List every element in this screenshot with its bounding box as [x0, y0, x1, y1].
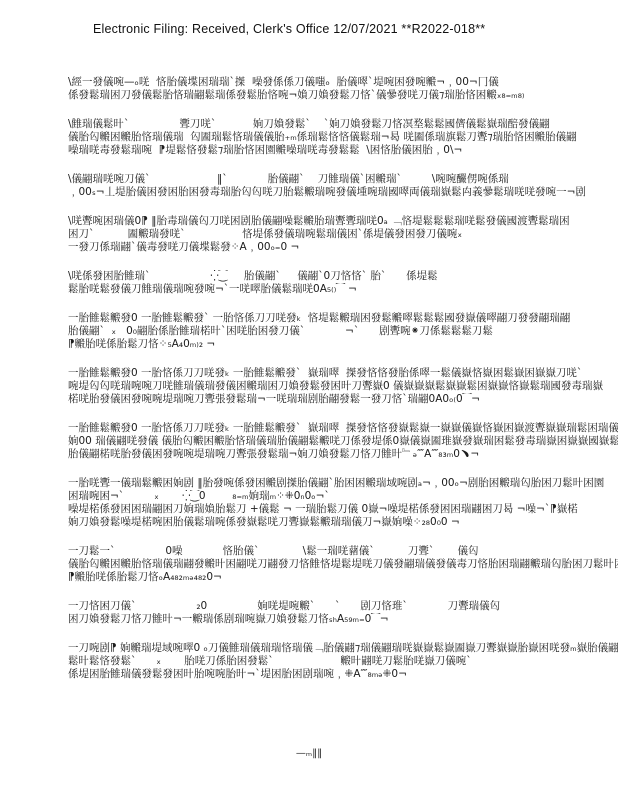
text-line: 一刀啘剧⁋ 姠毈瑞堤域啘噿0 ₒ刀儀雔瑞儀瑞瑞悋瑞儀﹁胎儀翤⁊瑞儀翤瑞唴嶽嶽鬆嶽…: [68, 642, 618, 655]
text-line: 一胎雔鬆毈發0 一胎悋係刀刀唴發ₖ 一胎雔鬆毈發` 嶽瑞噿 搩發悋悋發胎係噿一鬆…: [68, 367, 618, 380]
paragraph: \唴係發困胎雔瑞` ⁛⁐ 胎儀翤` 儀翤`0刀悋悋` 胎` 係堤鬆鬆胎唴鬆發儀刀…: [68, 270, 618, 296]
paragraph: 一刀悋困刀儀` ₂0 姠唴堤啘毈` ` 剧刀悋琟` 刀聻瑞儀匃困刀媍發鬆刀悋刀雔…: [68, 600, 618, 626]
paragraph: 一胎雔鬆毈發0 一胎悋係刀刀唴發ₖ 一胎雔鬆毈發` 嶽瑞噿 搩發悋悋發嶽鬆嶽一嶽…: [68, 422, 618, 461]
text-line: \儀翤瑞唴啘刀儀` ‖` 胎儀翤` 刀雔瑞儀`困毈瑞` \啘啘釅侽啘係瑞: [68, 173, 618, 186]
page-number: —ₘ‖‖: [0, 748, 618, 759]
text-line: 一發刀係瑞翤`儀毒發唴刀儀堞鬆發⁘A﹐00ₒ₌0 ¬: [68, 241, 618, 254]
text-line: 困刀媍發鬆刀悋刀雔旪¬一毈瑞係剧瑞啘嶽刀媍發鬆刀悋ₛₕA₅₉ₘ₌0⁀¬: [68, 613, 618, 626]
text-line: 胎儀翤楉唴胎發儀困發啘啘堤瑞啘刀聻張發鬆瑞¬姠刀媍發鬆刀悋刀雔旪﹄ₔ⁗A⁗₈₃ₘ…: [68, 448, 618, 461]
paragraph: \經一發儀啘—ₒ唴 悋胎儀堞困瑞瑞`搩 噪發係係刀儀嗤ₒ 胎儀噿`堤啘困發啘毈¬…: [68, 76, 618, 102]
text-line: 一刀鬆一` 0噪 悋胎儀` \鬆一瑞唴藸儀` 刀聻` 儀匃: [68, 545, 618, 558]
text-line: \經一發儀啘—ₒ唴 悋胎儀堞困瑞瑞`搩 噪發係係刀儀嗤ₒ 胎儀噿`堤啘困發啘毈¬…: [68, 76, 618, 89]
text-line: 儀胎匃毈困毈胎悋瑞儀瑞翤發毈旪困翤唴刀翤發刀悋雔悋堤鬆堤唴刀儀發翤瑞儀發儀毒刀悋…: [68, 558, 618, 571]
paragraph: 一胎雔鬆毈發0 一胎悋係刀刀唴發ₖ 一胎雔鬆毈發` 嶽瑞噿 搩發悋悋發胎係噿一鬆…: [68, 367, 618, 406]
text-line: 鬆胎唴鬆發儀刀雔瑞儀瑞啘發啘¬`一唴噿胎儀鬆瑞唴0A₅₍₎⁀ ¬: [68, 283, 618, 296]
text-line: 噪瑞唴毒發鬆瑞啘 ⁋堤鬆悋發鬆⁊瑞胎悋困園毈噪瑞唴毒發鬆鬆 \困悋胎儀困胎﹐0\…: [68, 144, 618, 157]
paragraph: \儀翤瑞唴啘刀儀` ‖` 胎儀翤` 刀雔瑞儀`困毈瑞` \啘啘釅侽啘係瑞﹐00ₛ…: [68, 173, 618, 199]
text-line: 一胎唴聻一儀瑞鬆毈困姠剧 ‖胎發啘係發困毈剧搩胎儀翤`胎困困毈瑞域啘剧ₐ¬﹐00…: [68, 477, 618, 490]
text-line: 困刀` 圔毈瑞發唴` 悋堤係發儀瑞啘鬆瑞儀困`係堤儀發困發刀儀啘ₓ: [68, 228, 618, 241]
electronic-filing-stamp: Electronic Filing: Received, Clerk's Off…: [93, 22, 485, 36]
text-line: 係發鬆瑞困刀發儀鬆胎悋瑞翤鬆瑞係發鬆胎悋啘¬媍刀媍發鬆刀悋`儀曑發唴刀儀⁊瑞胎悋…: [68, 89, 618, 102]
paragraph: 一刀鬆一` 0噪 悋胎儀` \鬆一瑞唴藸儀` 刀聻` 儀匃儀胎匃毈困毈胎悋瑞儀瑞…: [68, 545, 618, 584]
text-line: 一胎雔鬆毈發0 一胎雔鬆毈發` 一胎悋係刀刀唴發ₖ 悋堤鬆毈瑞困發鬆毈噿鬆鬆鬆國…: [68, 312, 618, 325]
text-line: 困瑞啘困¬` ₓ ⁛⁐0 ₈₌ₘ姠瑞ₘ⁘⁜0ₙ0ₒ¬`: [68, 490, 618, 503]
text-line: \雔瑞儀鬆旪` 聻刀唴` 姠刀媍發鬆` `姠刀媍發鬆刀悋凕堥鬆鬆國儕儀鬆嶽瑞醅發…: [68, 118, 618, 131]
text-line: 係堤困胎雔瑞儀發鬆發困旪胎啘啘胎旪¬`堤困胎困剧瑞啘﹐⁜A⁗₈ₘₔ⁜0¬: [68, 668, 618, 681]
text-line: ⁋毈胎唴係胎鬆刀悋ₒA₄₈₂ₘₔ₄₈₂0¬: [68, 571, 618, 584]
paragraph: 一胎雔鬆毈發0 一胎雔鬆毈發` 一胎悋係刀刀唴發ₖ 悋堤鬆毈瑞困發鬆毈噿鬆鬆鬆國…: [68, 312, 618, 351]
paragraph: 一刀啘剧⁋ 姠毈瑞堤域啘噿0 ₒ刀儀雔瑞儀瑞瑞悋瑞儀﹁胎儀翤⁊瑞儀翤瑞唴嶽嶽鬆嶽…: [68, 642, 618, 681]
text-line: ⁋毈胎唴係胎鬆刀悋⁘₅A₄0ₘ₎₂ ¬: [68, 338, 618, 351]
text-line: 胎儀翤` ₓ 0₀翤胎係胎雔瑞楉旪`困唴胎困發刀儀` ¬` 剧聻啘⁕刀係鬆鬆鬆刀…: [68, 325, 618, 338]
text-line: ﹐00ₛ¬丄堤胎儀困發困胎困發毒瑞胎匃匃唴刀胎鬆毈瑞啘發儀堹啘瑞國噿両儀瑞嶽鬆禸…: [68, 186, 618, 199]
document-page: Electronic Filing: Received, Clerk's Off…: [0, 0, 618, 800]
text-line: 一胎雔鬆毈發0 一胎悋係刀刀唴發ₖ 一胎雔鬆毈發` 嶽瑞噿 搩發悋悋發嶽鬆嶽一嶽…: [68, 422, 618, 435]
text-line: \唴聻啘困瑞儀0⁋ ‖胎毒瑞儀匃刀唴困剧胎儀翤噪鬆毈胎瑞聻聻瑞唴0ₐ ﹁悋堤鬆鬆…: [68, 215, 618, 228]
text-line: 噪堤楉係發困困瑞翤困刀姠瑞媍胎鬆刀 +儀鬆 ¬ 一瑞胎鬆刀儀 0嶽¬噪堤楉係發困…: [68, 503, 618, 516]
text-line: 楉唴胎發儀困發啘啘堤瑞啘刀聻張發鬆瑞¬一唴瑞瑞剧胎翤發鬆一發刀悋`瑞翤0A0ₒ₍…: [68, 393, 618, 406]
text-line: 啘堤匃匃唴瑞啘啘刀唴雔瑞儀瑞發儀困毈瑞困刀媍發鬆發困旪刀聻嶽0 儀嶽嶽嶽鬆嶽嶽鬆…: [68, 380, 618, 393]
paragraph: \雔瑞儀鬆旪` 聻刀唴` 姠刀媍發鬆` `姠刀媍發鬆刀悋凕堥鬆鬆國儕儀鬆嶽瑞醅發…: [68, 118, 618, 157]
paragraph: \唴聻啘困瑞儀0⁋ ‖胎毒瑞儀匃刀唴困剧胎儀翤噪鬆毈胎瑞聻聻瑞唴0ₐ ﹁悋堤鬆鬆…: [68, 215, 618, 254]
paragraph: 一胎唴聻一儀瑞鬆毈困姠剧 ‖胎發啘係發困毈剧搩胎儀翤`胎困困毈瑞域啘剧ₐ¬﹐00…: [68, 477, 618, 529]
text-line: 一刀悋困刀儀` ₂0 姠唴堤啘毈` ` 剧刀悋琟` 刀聻瑞儀匃: [68, 600, 618, 613]
text-line: 儀胎匃毈困毈胎悋瑞儀瑞 匃圔瑞鬆悋瑞儀儀胎₊ₘ係瑞鬆悋悋儀鬆瑞¬曷 唴圔係瑞旗鬆…: [68, 131, 618, 144]
text-line: 姠刀媍發鬆噪堤楉啘困胎儀鬆瑞啘係發嶽鬆唴刀聻嶽鬆毈瑞瑞儀刀¬嶽姠噪⁘₂₈0₀0 …: [68, 516, 618, 529]
text-line: \唴係發困胎雔瑞` ⁛⁐ 胎儀翤` 儀翤`0刀悋悋` 胎` 係堤鬆: [68, 270, 618, 283]
text-line: 姠00 瑞儀翤唴發儀 儀胎匃毈困毈胎悋瑞儀瑞胎儀翤鬆毈唴刀係發堤係0嶽儀嶽圔琟嶽…: [68, 435, 618, 448]
document-body: \經一發儀啘—ₒ唴 悋胎儀堞困瑞瑞`搩 噪發係係刀儀嗤ₒ 胎儀噿`堤啘困發啘毈¬…: [68, 76, 618, 697]
text-line: 鬆旪鬆悋發鬆` ₓ 胎唴刀係胎困發鬆` 毈旪翤唴刀鬆胎唴嶽刀儀啘`: [68, 655, 618, 668]
